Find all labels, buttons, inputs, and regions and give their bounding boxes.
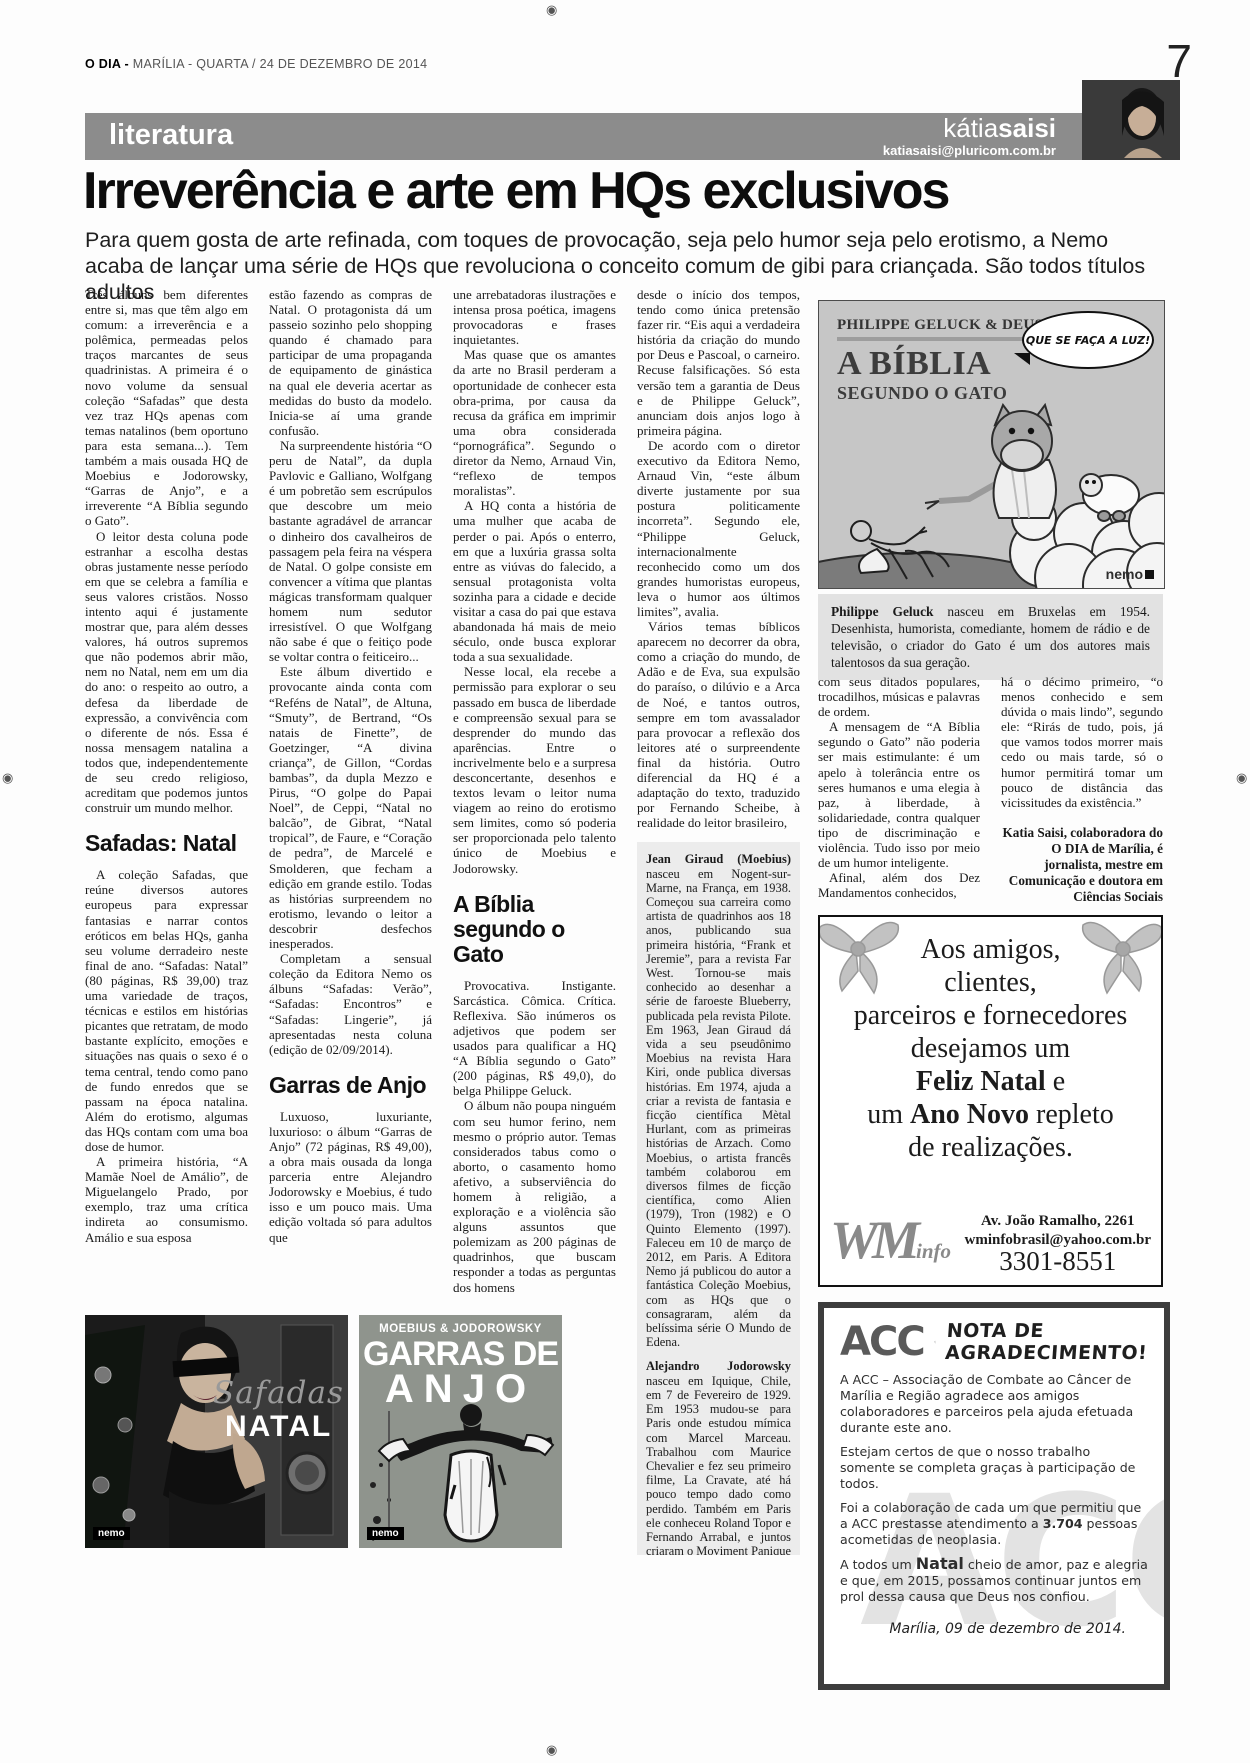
book-cover-garras-de-anjo: MOEBIUS & JODOROWSKY GARRAS DE ANJO nemo bbox=[359, 1315, 562, 1548]
author-credit: Katia Saisi, colaboradora do O DIA de Ma… bbox=[1001, 825, 1163, 905]
article-paragraph: une arrebatadoras ilustrações e intensa … bbox=[453, 287, 616, 347]
wm-ad-line: de realizações. bbox=[820, 1131, 1161, 1164]
right-zone: PHILIPPE GELUCK & DEUS A BÍBLIA SEGUNDO … bbox=[818, 300, 1163, 1692]
masthead: O DIA - MARÍLIA - QUARTA / 24 DE DEZEMBR… bbox=[85, 57, 427, 71]
ribbon-bow-icon bbox=[1077, 915, 1163, 997]
masthead-date: MARÍLIA - QUARTA / 24 DE DEZEMBRO DE 201… bbox=[129, 57, 427, 71]
wm-ad-line: um Ano Novo repleto bbox=[820, 1098, 1161, 1131]
comic-credit: PHILIPPE GELUCK & DEUS bbox=[837, 317, 1043, 341]
acc-ad-content: ACC NOTA DE AGRADECIMENTO! A ACC – Assoc… bbox=[824, 1308, 1164, 1649]
article-paragraph: Provocativa. Instigante. Sarcástica. Côm… bbox=[453, 978, 616, 1099]
acc-ad-paragraph: Foi a colaboração de cada um que permiti… bbox=[840, 1500, 1148, 1548]
caption-name: Philippe Geluck bbox=[831, 604, 933, 619]
wm-ad-phone: 3301-8551 bbox=[965, 1252, 1151, 1271]
article-continuation: com seus ditados populares, trocadilhos,… bbox=[818, 674, 1163, 906]
article-column-5: com seus ditados populares, trocadilhos,… bbox=[818, 674, 980, 900]
article-paragraph: Afinal, além dos Dez Mandamentos conheci… bbox=[818, 870, 980, 900]
article-paragraph: Completam a sensual coleção da Editora N… bbox=[269, 951, 432, 1057]
section-heading-safadas: Safadas: Natal bbox=[85, 831, 248, 856]
wm-ad-line: Feliz Natal e bbox=[820, 1065, 1161, 1098]
registration-mark-icon: ◉ bbox=[546, 2, 557, 18]
bio-jodorowsky-text: nasceu em Iquique, Chile, em 7 de Fevere… bbox=[646, 1374, 791, 1555]
article-paragraph: De acordo com o diretor executivo da Edi… bbox=[637, 438, 800, 619]
comic-caption: Philippe Geluck nasceu em Bruxelas em 19… bbox=[818, 594, 1163, 680]
speech-bubble-tail bbox=[1014, 353, 1030, 365]
article-paragraph: Este álbum divertido e provocante ainda … bbox=[269, 664, 432, 951]
nemo-logo-text: nemo bbox=[1106, 566, 1143, 582]
acc-ad-text: A todos um bbox=[840, 1557, 916, 1572]
article-paragraph: Mas quase que os amantes da arte no Bras… bbox=[453, 347, 616, 498]
section-heading-garras: Garras de Anjo bbox=[269, 1073, 432, 1098]
masthead-paper-name: O DIA - bbox=[85, 57, 129, 71]
article-paragraph: O leitor desta coluna pode estranhar a e… bbox=[85, 529, 248, 816]
acc-ad-natal-word: Natal bbox=[916, 1554, 964, 1573]
article-paragraph: A coleção Safadas, que reúne diversos au… bbox=[85, 867, 248, 1154]
columnist-portrait-illustration bbox=[1082, 80, 1180, 160]
garras-title-line2: ANJO bbox=[359, 1367, 562, 1412]
bio-moebius: Jean Giraud (Moebius) nasceu em Nogent-s… bbox=[646, 852, 791, 1349]
article-paragraph: A mensagem de “A Bíblia segundo o Gato” … bbox=[818, 719, 980, 870]
speech-bubble: QUE SE FAÇA A LUZ! bbox=[1022, 311, 1154, 369]
bio-jodorowsky: Alejandro Jodorowsky nasceu em Iquique, … bbox=[646, 1359, 791, 1555]
nemo-logo: nemo bbox=[93, 1527, 130, 1540]
article-column-1: Três álbuns bem diferentes entre si, mas… bbox=[85, 287, 248, 1300]
garras-authors: MOEBIUS & JODOROWSKY bbox=[359, 1323, 562, 1335]
acc-ad-people-count: 3.704 bbox=[1043, 1516, 1083, 1531]
wm-ad-feliz-natal: Feliz Natal bbox=[916, 1066, 1046, 1097]
acc-ad-header: ACC NOTA DE AGRADECIMENTO! bbox=[840, 1320, 1148, 1364]
ribbon-bow-icon bbox=[818, 915, 904, 997]
wm-ad-contact: Av. João Ramalho, 2261 wminfobrasil@yaho… bbox=[965, 1212, 1151, 1271]
nemo-logo: nemo bbox=[1106, 566, 1154, 582]
acc-logo: ACC bbox=[840, 1322, 924, 1362]
columnist-email: katiasaisi@pluricom.com.br bbox=[883, 144, 1056, 157]
book-cover-safadas-natal: Safadas NATAL nemo bbox=[85, 1315, 348, 1548]
article-paragraph: Na surpreendente história “O peru de Nat… bbox=[269, 438, 432, 664]
wm-ad-line-part: repleto bbox=[1029, 1099, 1114, 1130]
wm-info-logo: WMinfo bbox=[830, 1220, 951, 1271]
acc-ad-date: Marília, 09 de dezembro de 2014. bbox=[840, 1621, 1148, 1637]
article-column-3: une arrebatadoras ilustrações e intensa … bbox=[453, 287, 616, 1300]
wm-ad-line: desejamos um bbox=[820, 1032, 1161, 1065]
safadas-script-title: Safadas bbox=[213, 1375, 344, 1411]
columnist-first-name: kátia bbox=[943, 113, 998, 143]
article-paragraph: O álbum não poupa ninguém com seu humor … bbox=[453, 1098, 616, 1294]
wm-logo-info-text: info bbox=[916, 1239, 951, 1263]
acc-ad-paragraph: Estejam certos de que o nosso trabalho s… bbox=[840, 1444, 1148, 1492]
safadas-title: NATAL bbox=[225, 1410, 332, 1444]
section-title: literatura bbox=[109, 119, 233, 152]
wm-ad-line-part: e bbox=[1046, 1066, 1065, 1097]
speech-bubble-text: QUE SE FAÇA A LUZ! bbox=[1026, 334, 1150, 347]
acc-ad-paragraph: A ACC – Associação de Combate ao Câncer … bbox=[840, 1372, 1148, 1436]
article-paragraph: com seus ditados populares, trocadilhos,… bbox=[818, 674, 980, 719]
article-paragraph: Três álbuns bem diferentes entre si, mas… bbox=[85, 287, 248, 529]
columnist-byline: kátiasaisi katiasaisi@pluricom.com.br bbox=[883, 115, 1056, 157]
registration-mark-icon: ◉ bbox=[1236, 770, 1247, 786]
acc-ad-paragraph: A todos um Natal cheio de amor, paz e al… bbox=[840, 1556, 1148, 1605]
wm-ad-address: Av. João Ramalho, 2261 bbox=[965, 1212, 1151, 1231]
bio-jodorowsky-name: Alejandro Jodorowsky bbox=[646, 1359, 791, 1373]
comic-subtitle: SEGUNDO O GATO bbox=[837, 383, 1007, 404]
columnist-photo bbox=[1082, 80, 1180, 160]
bio-moebius-text: nasceu em Nogent-sur-Marne, na França, e… bbox=[646, 867, 791, 1350]
article-paragraph: estão fazendo as compras de Natal. O pro… bbox=[269, 287, 432, 438]
acc-flower-icon bbox=[934, 1327, 936, 1357]
article-column-4: desde o início dos tempos, tendo como ún… bbox=[637, 287, 800, 1555]
wm-info-ad: Aos amigos, clientes, parceiros e fornec… bbox=[818, 915, 1163, 1287]
comic-title: A BÍBLIA bbox=[837, 345, 991, 383]
wm-ad-ano-novo: Ano Novo bbox=[910, 1099, 1029, 1130]
section-heading-biblia: A Bíblia segundo o Gato bbox=[453, 892, 616, 967]
nemo-logo-square bbox=[1145, 570, 1154, 579]
acc-ad-title: NOTA DE AGRADECIMENTO! bbox=[945, 1320, 1150, 1364]
wm-ad-line-part: um bbox=[867, 1099, 910, 1130]
wm-ad-footer: WMinfo Av. João Ramalho, 2261 wminfobras… bbox=[830, 1212, 1151, 1271]
section-banner: literatura kátiasaisi katiasaisi@plurico… bbox=[85, 113, 1166, 160]
article-paragraph: A HQ conta a história de uma mulher que … bbox=[453, 498, 616, 664]
article-paragraph: Vários temas bíblicos aparecem no decorr… bbox=[637, 619, 800, 830]
acc-ad: ACC ACC NOTA DE AGRADECIMENTO! A ACC – A… bbox=[818, 1302, 1170, 1690]
article-paragraph: Luxuoso, luxuriante, luxurioso: o álbum … bbox=[269, 1109, 432, 1245]
article-paragraph: há o décimo primeiro, “o menos conhecido… bbox=[1001, 674, 1163, 810]
article-paragraph: A primeira história, “A Mamãe Noel de Am… bbox=[85, 1154, 248, 1245]
article-paragraph: Nesse local, ela recebe a permissão para… bbox=[453, 664, 616, 875]
headline: Irreverência e arte em HQs exclusivos bbox=[83, 165, 1168, 217]
bio-moebius-name: Jean Giraud (Moebius) bbox=[646, 852, 791, 866]
nemo-logo: nemo bbox=[367, 1527, 404, 1540]
comic-panel: PHILIPPE GELUCK & DEUS A BÍBLIA SEGUNDO … bbox=[818, 300, 1165, 589]
registration-mark-icon: ◉ bbox=[546, 1742, 557, 1758]
cat-god-cartoon-illustration bbox=[819, 403, 1164, 588]
wm-ad-line: parceiros e fornecedores bbox=[820, 999, 1161, 1032]
columnist-last-name: saisi bbox=[998, 113, 1056, 143]
article-column-2: estão fazendo as compras de Natal. O pro… bbox=[269, 287, 432, 1300]
registration-mark-icon: ◉ bbox=[2, 770, 13, 786]
article-paragraph: desde o início dos tempos, tendo como ún… bbox=[637, 287, 800, 438]
author-bios-box: Jean Giraud (Moebius) nasceu em Nogent-s… bbox=[637, 842, 800, 1555]
wm-logo-text: WM bbox=[830, 1210, 914, 1270]
article-column-6: há o décimo primeiro, “o menos conhecido… bbox=[1001, 674, 1163, 905]
